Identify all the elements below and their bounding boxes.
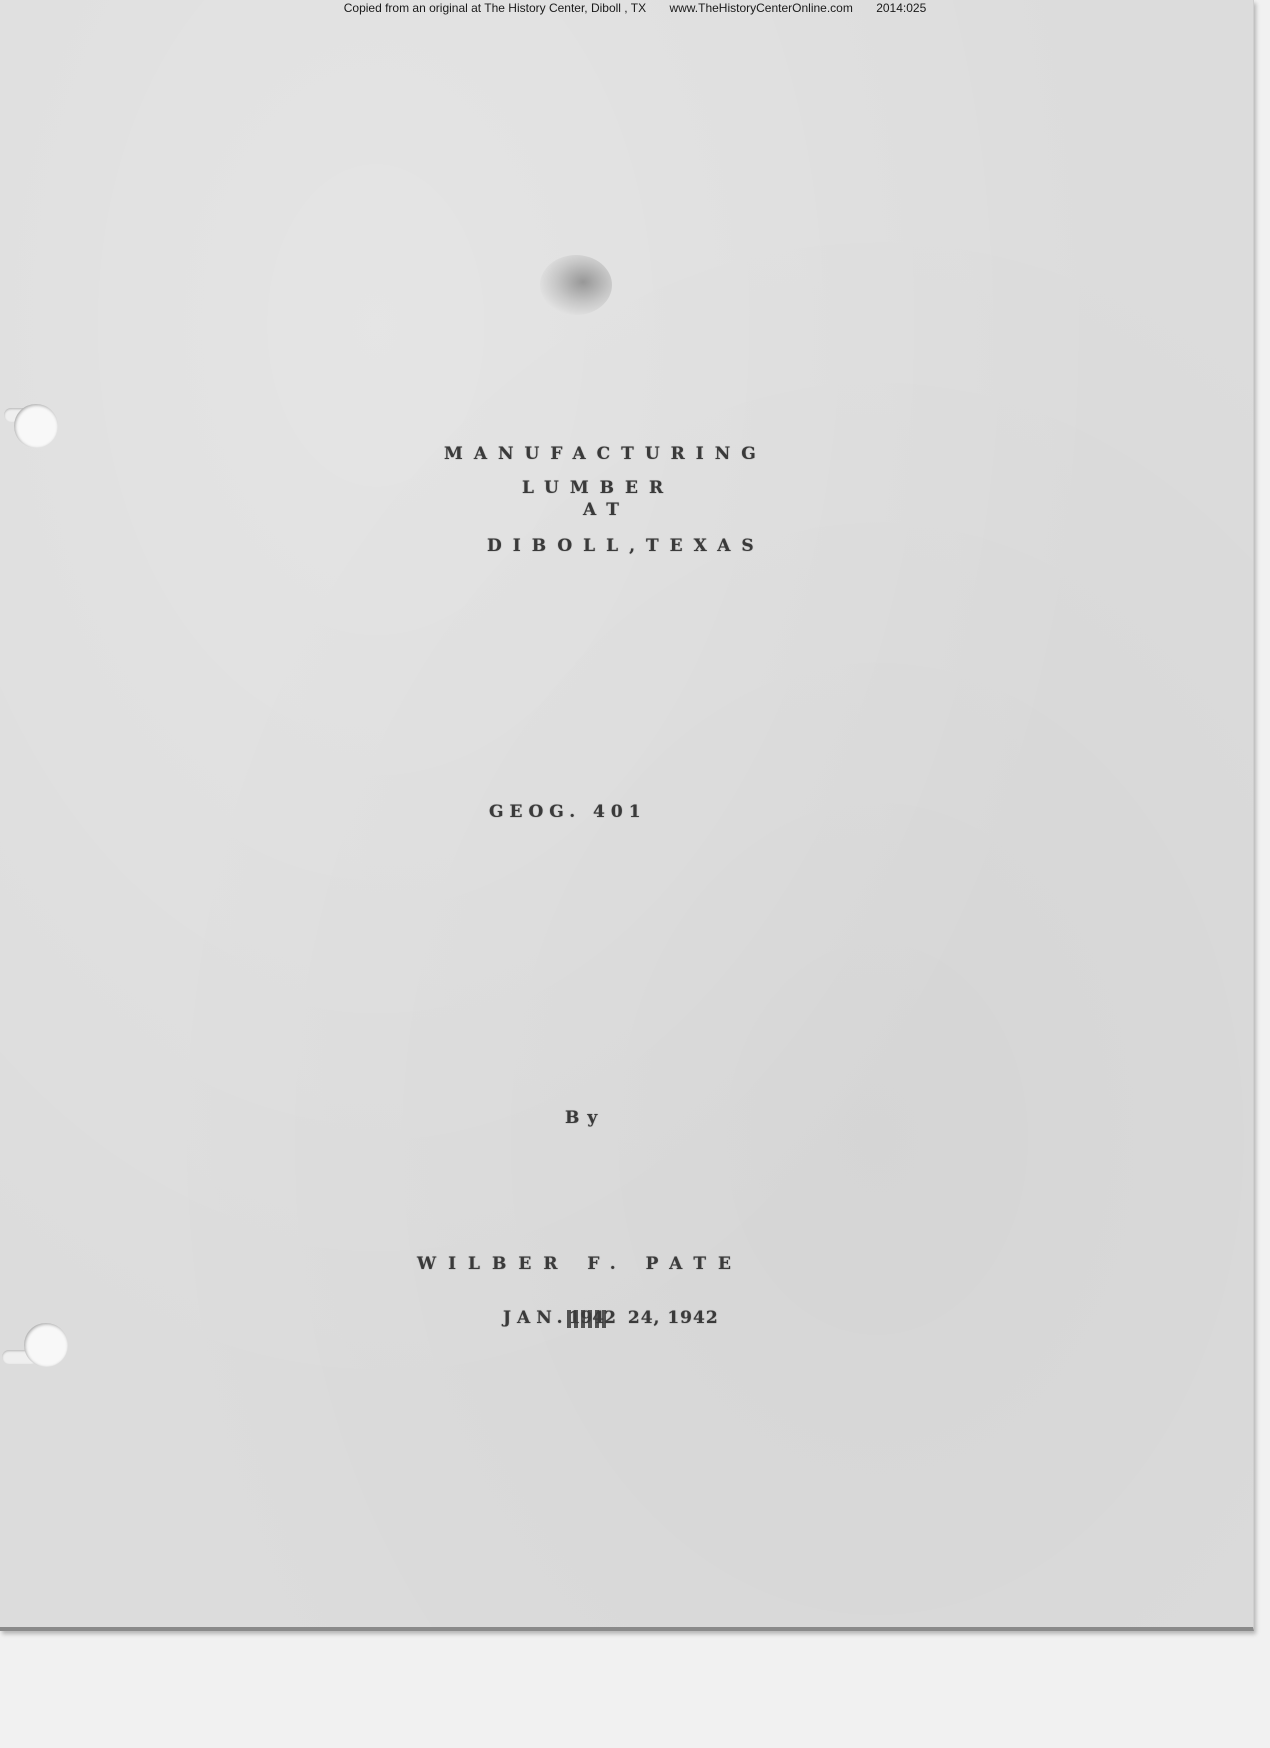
punch-hole-top: [14, 404, 58, 448]
archive-source: Copied from an original at The History C…: [344, 1, 646, 15]
archive-header-stamp: Copied from an original at The History C…: [0, 1, 1270, 15]
date-prefix: JAN.: [503, 1308, 569, 1328]
date-text: 24, 1942: [628, 1308, 719, 1328]
author-name: WILBER F. PATE: [417, 1254, 743, 1274]
document-date: JAN.1942 24, 1942: [503, 1308, 719, 1328]
by-label: By: [565, 1108, 605, 1128]
title-line-3: AT: [583, 500, 630, 520]
archive-catalog-number: 2014:025: [876, 1, 926, 15]
punch-hole-bottom: [24, 1323, 68, 1367]
document-page: MANUFACTURING LUMBER AT DIBOLL,TEXAS GEO…: [0, 0, 1254, 1631]
title-line-4: DIBOLL,TEXAS: [487, 536, 765, 556]
title-line-1: MANUFACTURING: [444, 444, 767, 464]
title-line-2: LUMBER: [522, 478, 674, 498]
strikeout-mark: [567, 1310, 608, 1328]
struck-out-year: 1942: [569, 1308, 616, 1328]
archive-website: www.TheHistoryCenterOnline.com: [669, 1, 852, 15]
course-number: GEOG. 401: [489, 802, 647, 822]
ink-smudge: [540, 255, 612, 315]
